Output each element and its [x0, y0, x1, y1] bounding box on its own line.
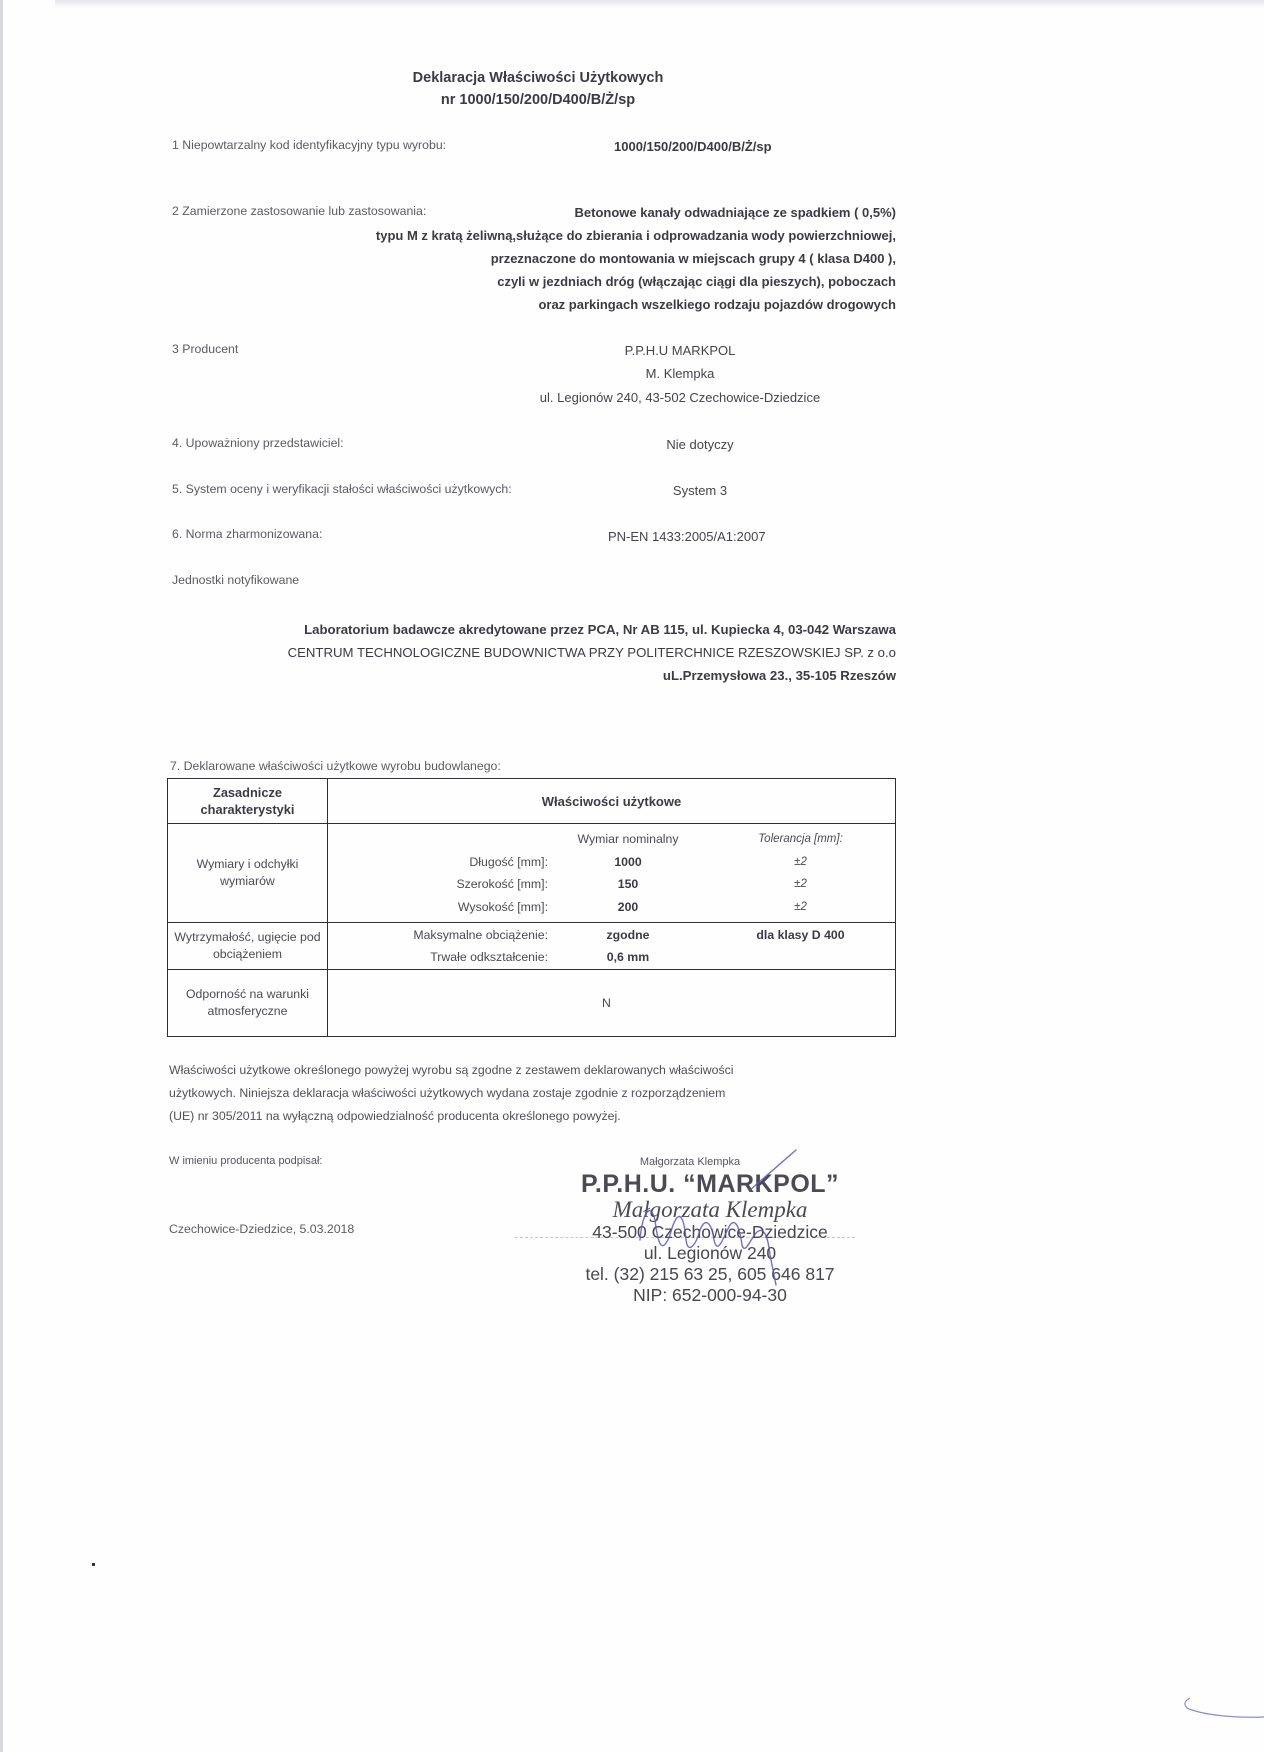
stamp-nip: NIP: 652-000-94-30: [540, 1285, 880, 1306]
col-tolerance: Tolerancja [mm]:: [708, 828, 893, 851]
stamp-phone: tel. (32) 215 63 25, 605 646 817: [540, 1264, 880, 1285]
dimension-name: Długość [mm]:: [328, 851, 548, 874]
producer-address: ul. Legionów 240, 43-502 Czechowice-Dzie…: [520, 390, 840, 405]
notified-body-line: CENTRUM TECHNOLOGICZNE BUDOWNICTWA PRZY …: [288, 645, 896, 660]
characteristic-dimensions: Wymiary i odchyłki wymiarów: [168, 824, 328, 923]
conformity-line: Właściwości użytkowe określonego powyżej…: [169, 1059, 734, 1082]
document-number: nr 1000/150/200/D400/B/Ż/sp: [238, 92, 838, 108]
assessment-system-value: System 3: [620, 483, 780, 498]
dimension-name: Szerokość [mm]:: [328, 873, 548, 896]
stamp-street: ul. Legionów 240: [540, 1243, 880, 1264]
strength-note: [708, 946, 893, 969]
document-title: Deklaracja Właściwości Użytkowych: [238, 70, 838, 86]
stamp-name: Małgorzata Klempka: [540, 1198, 880, 1222]
harmonised-standard-value: PN-EN 1433:2005/A1:2007: [608, 529, 766, 544]
strength-value: 0,6 mm: [548, 946, 708, 969]
dimension-name: Wysokość [mm]:: [328, 896, 548, 919]
header-performance: Właściwości użytkowe: [328, 779, 896, 824]
intended-use-label: 2 Zamierzone zastosowanie lub zastosowan…: [172, 204, 426, 218]
scan-dot: [92, 1563, 95, 1566]
scan-mark-icon: [1180, 1690, 1264, 1730]
intended-use-line: typu M z kratą żeliwną,służące do zbiera…: [376, 228, 896, 243]
dimension-nominal: 1000: [548, 851, 708, 874]
conformity-line: użytkowych. Niniejsza deklaracja właściw…: [169, 1082, 725, 1105]
col-nominal: Wymiar nominalny: [548, 828, 708, 851]
characteristic-weather: Odporność na warunki atmosferyczne: [168, 970, 328, 1037]
intended-use-line: czyli w jezdniach dróg (włączając ciągi …: [497, 274, 896, 289]
representative-value: Nie dotyczy: [620, 437, 780, 452]
intended-use-line: przeznaczone do montowania w miejscach g…: [491, 251, 896, 266]
dimension-tolerance: ±2: [708, 896, 893, 919]
representative-label: 4. Upoważniony przedstawiciel:: [172, 436, 344, 450]
producer-person: M. Klempka: [520, 366, 840, 381]
dimension-nominal: 150: [548, 873, 708, 896]
notified-bodies-label: Jednostki notyfikowane: [172, 573, 299, 587]
performance-table: Zasadnicze charakterystyki Właściwości u…: [167, 778, 896, 1037]
stamp-company: P.P.H.U. “MARKPOL”: [540, 1170, 880, 1198]
declared-performance-label: 7. Deklarowane właściwości użytkowe wyro…: [170, 759, 501, 773]
strength-name: Trwałe odkształcenie:: [328, 946, 548, 969]
weather-value: N: [328, 970, 896, 1037]
signed-on-behalf-label: W imieniu producenta podpisał:: [169, 1155, 322, 1167]
intended-use-line: Betonowe kanały odwadniające ze spadkiem…: [575, 205, 897, 220]
place-and-date: Czechowice-Dziedzice, 5.03.2018: [169, 1222, 354, 1236]
producer-label: 3 Producent: [172, 342, 238, 356]
strength-name: Maksymalne obciążenie:: [328, 924, 548, 947]
strength-grid: Maksymalne obciążenie: zgodne dla klasy …: [328, 924, 895, 969]
product-code-value: 1000/150/200/D400/B/Ż/sp: [614, 139, 772, 154]
signer-name: Małgorzata Klempka: [600, 1156, 780, 1168]
stamp-city: 43-500 Czechowice-Dziedzice: [540, 1222, 880, 1243]
harmonised-standard-label: 6. Norma zharmonizowana:: [172, 527, 322, 541]
notified-body-line: uL.Przemysłowa 23., 35-105 Rzeszów: [663, 668, 896, 683]
dimension-nominal: 200: [548, 896, 708, 919]
characteristic-strength: Wytrzymałość, ugięcie pod obciążeniem: [168, 923, 328, 970]
scan-left-edge: [0, 0, 3, 1752]
dimensions-grid: Wymiar nominalny Tolerancja [mm]: Długoś…: [328, 828, 895, 918]
producer-name: P.P.H.U MARKPOL: [520, 343, 840, 358]
header-characteristics: Zasadnicze charakterystyki: [168, 779, 328, 824]
dimension-tolerance: ±2: [708, 873, 893, 896]
strength-note: dla klasy D 400: [708, 924, 893, 947]
strength-value: zgodne: [548, 924, 708, 947]
intended-use-line: oraz parkingach wszelkiego rodzaju pojaz…: [538, 297, 896, 312]
company-stamp: P.P.H.U. “MARKPOL” Małgorzata Klempka 43…: [540, 1170, 880, 1306]
assessment-system-label: 5. System oceny i weryfikacji stałości w…: [172, 482, 512, 496]
scan-top-shadow: [55, 0, 1264, 8]
notified-body-line: Laboratorium badawcze akredytowane przez…: [304, 622, 896, 637]
conformity-line: (UE) nr 305/2011 na wyłączną odpowiedzia…: [169, 1105, 621, 1128]
dimension-tolerance: ±2: [708, 851, 893, 874]
product-code-label: 1 Niepowtarzalny kod identyfikacyjny typ…: [172, 138, 446, 152]
